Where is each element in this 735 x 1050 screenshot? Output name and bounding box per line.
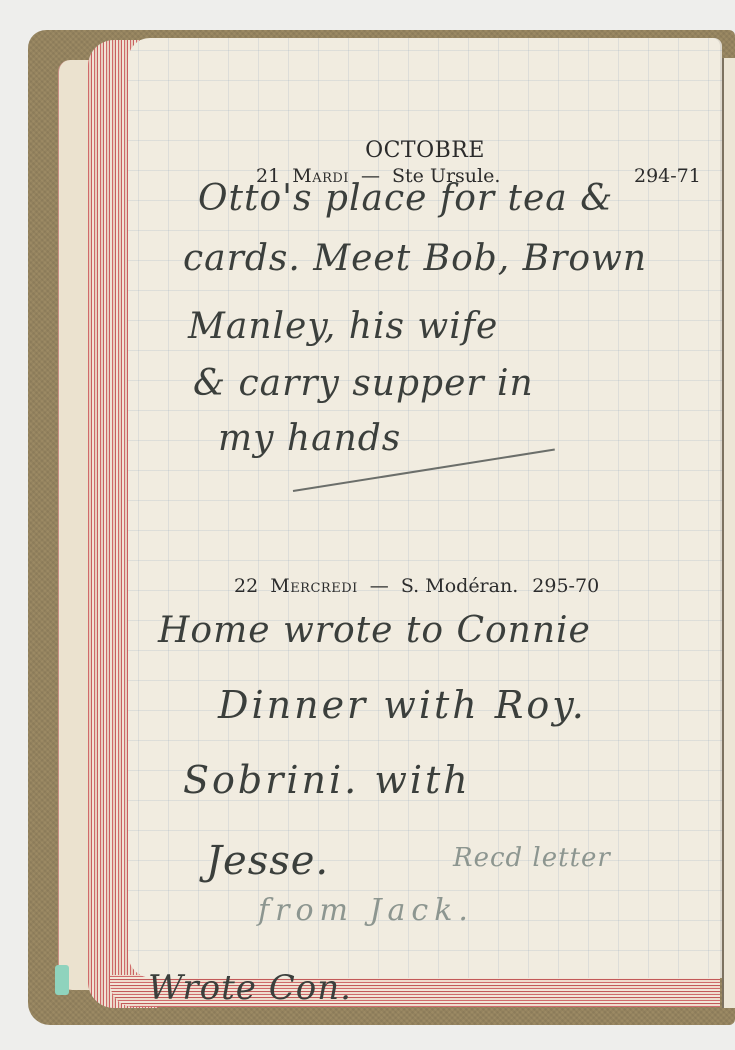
day-count: 294-71 [634,165,701,187]
separator: — [370,575,389,597]
handwriting-line: Sobrini. with [183,758,471,802]
handwriting-line: Otto's place for tea & [198,178,613,219]
handwriting-line: Home wrote to Connie [158,610,591,651]
faint-handwriting-note: Recd letter [453,843,611,873]
day-number: 22 [234,575,258,597]
handwriting-line: Manley, his wife [188,306,498,347]
handwriting-line: & carry supper in [193,363,534,404]
diary-page: OCTOBRE 21 Mardi — Ste Ursule. 294-71 Ot… [128,38,722,978]
green-tab-mark [55,965,69,995]
handwriting-line: Wrote Con. [148,968,352,1008]
saint-name: S. Modéran. [401,575,518,597]
faint-handwriting-note: from Jack. [258,893,474,928]
handwriting-line: cards. Meet Bob, Brown [183,238,647,279]
handwriting-line: Jesse. [206,838,329,884]
month-title: OCTOBRE [128,138,722,163]
handwriting-line: my hands [218,418,401,459]
facing-page-edge [722,58,735,1008]
day-count: 295-70 [532,575,599,597]
day-header-22: 22 Mercredi — S. Modéran. 295-70 [234,575,704,597]
handwriting-line: Dinner with Roy. [218,683,587,727]
day-name: Mercredi [270,575,358,597]
